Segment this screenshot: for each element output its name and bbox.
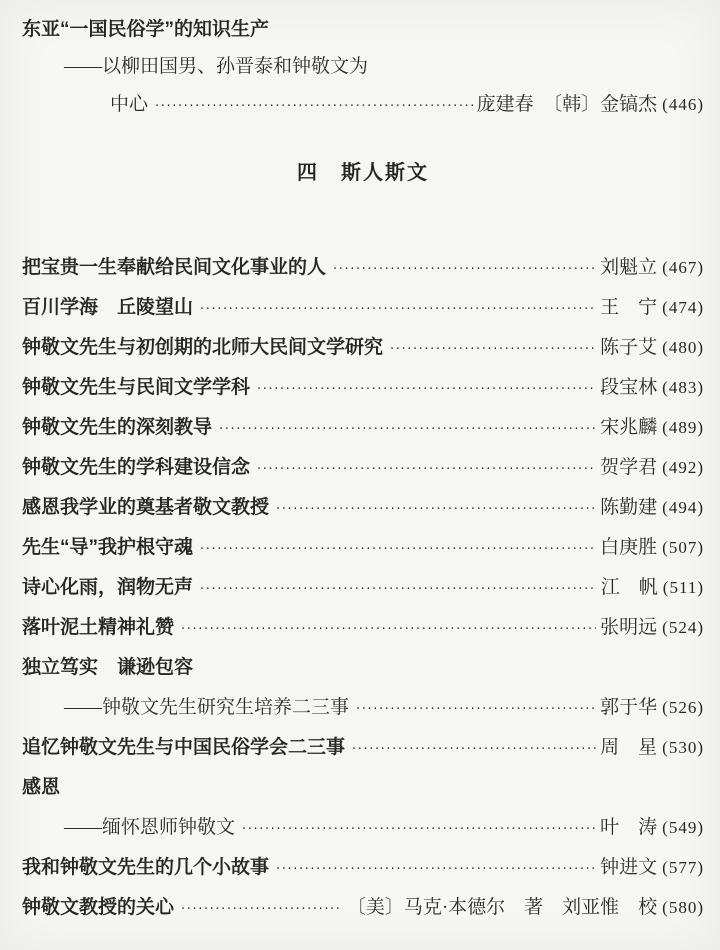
entry-author: 郭于华	[600, 688, 657, 728]
dot-leader: ········································…	[219, 410, 596, 450]
dot-leader: ········································…	[200, 290, 596, 330]
toc-entry: 追忆钟敬文先生与中国民俗学会二三事 ······················…	[22, 728, 704, 768]
entry-author: 陈子艾	[600, 328, 657, 368]
entry-author: 段宝林	[600, 368, 657, 408]
entry-author: 刘魁立	[600, 248, 657, 288]
dot-leader: ········································…	[181, 890, 343, 930]
dot-leader: ········································…	[276, 490, 596, 530]
entry-title: 感恩	[22, 768, 60, 808]
entry-page-number: (494)	[662, 488, 704, 528]
entry-page-number: (577)	[662, 848, 704, 888]
entry-title: ——以柳田国男、孙晋泰和钟敬文为	[64, 48, 368, 86]
toc-entry: 钟敬文先生的深刻教导 ·····························…	[22, 408, 704, 448]
entry-page-number: (474)	[662, 288, 704, 328]
entry-author: 叶 涛	[600, 808, 657, 848]
entry-author: 王 宁	[600, 288, 657, 328]
entry-page-number: (549)	[662, 808, 704, 848]
toc-entry: 感恩我学业的奠基者敬文教授 ··························…	[22, 488, 704, 528]
entry-title: 诗心化雨，润物无声	[22, 568, 193, 608]
toc-entry: 百川学海 丘陵望山 ······························…	[22, 288, 704, 328]
toc-entry: 先生“导”我护根守魂 ·····························…	[22, 528, 704, 568]
dot-leader: ········································…	[257, 370, 596, 410]
entry-author: 宋兆麟	[600, 408, 657, 448]
toc-entry: ——钟敬文先生研究生培养二三事 ························…	[22, 688, 704, 728]
entry-author: 张明远	[600, 608, 657, 648]
entry-title: 把宝贵一生奉献给民间文化事业的人	[22, 248, 326, 288]
toc-entry: 东亚“一国民俗学”的知识生产	[22, 12, 704, 48]
dot-leader: ········································…	[390, 330, 596, 370]
entry-title: ——钟敬文先生研究生培养二三事	[64, 688, 349, 728]
toc-entry: ——缅怀恩师钟敬文 ······························…	[22, 808, 704, 848]
entry-page-number: (480)	[662, 328, 704, 368]
entry-page-number: (511)	[663, 568, 704, 608]
dot-leader: ········································…	[276, 850, 596, 890]
dot-leader: ········································…	[242, 810, 596, 850]
book-contents-page: 东亚“一国民俗学”的知识生产 ——以柳田国男、孙晋泰和钟敬文为 中心 ·····…	[0, 0, 720, 950]
dot-leader: ········································…	[356, 690, 596, 730]
dot-leader: ········································…	[181, 610, 596, 650]
entry-title: 独立笃实 谦逊包容	[22, 648, 193, 688]
entry-page-number: (492)	[662, 448, 704, 488]
entry-page-number: (507)	[662, 528, 704, 568]
dot-leader: ········································…	[352, 730, 596, 770]
carryover-entry-block: 东亚“一国民俗学”的知识生产 ——以柳田国男、孙晋泰和钟敬文为 中心 ·····…	[22, 12, 704, 124]
toc-entry: 我和钟敬文先生的几个小故事 ··························…	[22, 848, 704, 888]
entry-title: 落叶泥土精神礼赞	[22, 608, 174, 648]
entry-page-number: (526)	[662, 688, 704, 728]
entry-author: 周 星	[600, 728, 657, 768]
table-of-contents: 把宝贵一生奉献给民间文化事业的人 ·······················…	[22, 248, 704, 928]
entry-author: 庞建春 〔韩〕金镐杰	[477, 86, 658, 124]
entry-page-number: (446)	[662, 86, 704, 124]
entry-author: 白庚胜	[600, 528, 657, 568]
entry-title: 百川学海 丘陵望山	[22, 288, 193, 328]
entry-title: 钟敬文先生与初创期的北师大民间文学研究	[22, 328, 383, 368]
entry-author: 钟进文	[600, 848, 657, 888]
entry-title: 钟敬文先生的深刻教导	[22, 408, 212, 448]
dot-leader: ········································…	[200, 530, 596, 570]
entry-author: 江 帆	[601, 568, 658, 608]
entry-page-number: (524)	[662, 608, 704, 648]
entry-title: 感恩我学业的奠基者敬文教授	[22, 488, 269, 528]
section-header: 四 斯人斯文	[22, 154, 704, 192]
dot-leader: ········································…	[155, 88, 473, 126]
toc-entry: 独立笃实 谦逊包容	[22, 648, 704, 688]
dot-leader: ········································…	[333, 250, 596, 290]
entry-author: 陈勤建	[600, 488, 657, 528]
entry-author: 贺学君	[600, 448, 657, 488]
entry-author: 〔美〕马克·本德尔 著 刘亚惟 校	[347, 888, 657, 928]
entry-title: 先生“导”我护根守魂	[22, 528, 193, 568]
entry-title: 钟敬文教授的关心	[22, 888, 174, 928]
entry-title: 钟敬文先生与民间文学学科	[22, 368, 250, 408]
entry-title: 我和钟敬文先生的几个小故事	[22, 848, 269, 888]
entry-title: 追忆钟敬文先生与中国民俗学会二三事	[22, 728, 345, 768]
toc-entry: 诗心化雨，润物无声 ······························…	[22, 568, 704, 608]
toc-entry: ——以柳田国男、孙晋泰和钟敬文为	[22, 48, 704, 86]
entry-page-number: (580)	[662, 888, 704, 928]
entry-page-number: (467)	[662, 248, 704, 288]
entry-page-number: (530)	[662, 728, 704, 768]
toc-entry: 钟敬文先生与初创期的北师大民间文学研究 ····················…	[22, 328, 704, 368]
entry-title: 东亚“一国民俗学”的知识生产	[22, 12, 269, 48]
entry-page-number: (483)	[662, 368, 704, 408]
toc-entry: 钟敬文教授的关心 ·······························…	[22, 888, 704, 928]
toc-entry: 钟敬文先生的学科建设信念 ···························…	[22, 448, 704, 488]
toc-entry: 钟敬文先生与民间文学学科 ···························…	[22, 368, 704, 408]
entry-page-number: (489)	[662, 408, 704, 448]
dot-leader: ········································…	[257, 450, 596, 490]
toc-entry: 把宝贵一生奉献给民间文化事业的人 ·······················…	[22, 248, 704, 288]
entry-title: 钟敬文先生的学科建设信念	[22, 448, 250, 488]
dot-leader: ········································…	[200, 570, 597, 610]
entry-title: 中心	[110, 86, 148, 124]
toc-entry: 落叶泥土精神礼赞 ·······························…	[22, 608, 704, 648]
toc-entry: 中心 ·····································…	[22, 86, 704, 124]
entry-title: ——缅怀恩师钟敬文	[64, 808, 235, 848]
toc-entry: 感恩	[22, 768, 704, 808]
